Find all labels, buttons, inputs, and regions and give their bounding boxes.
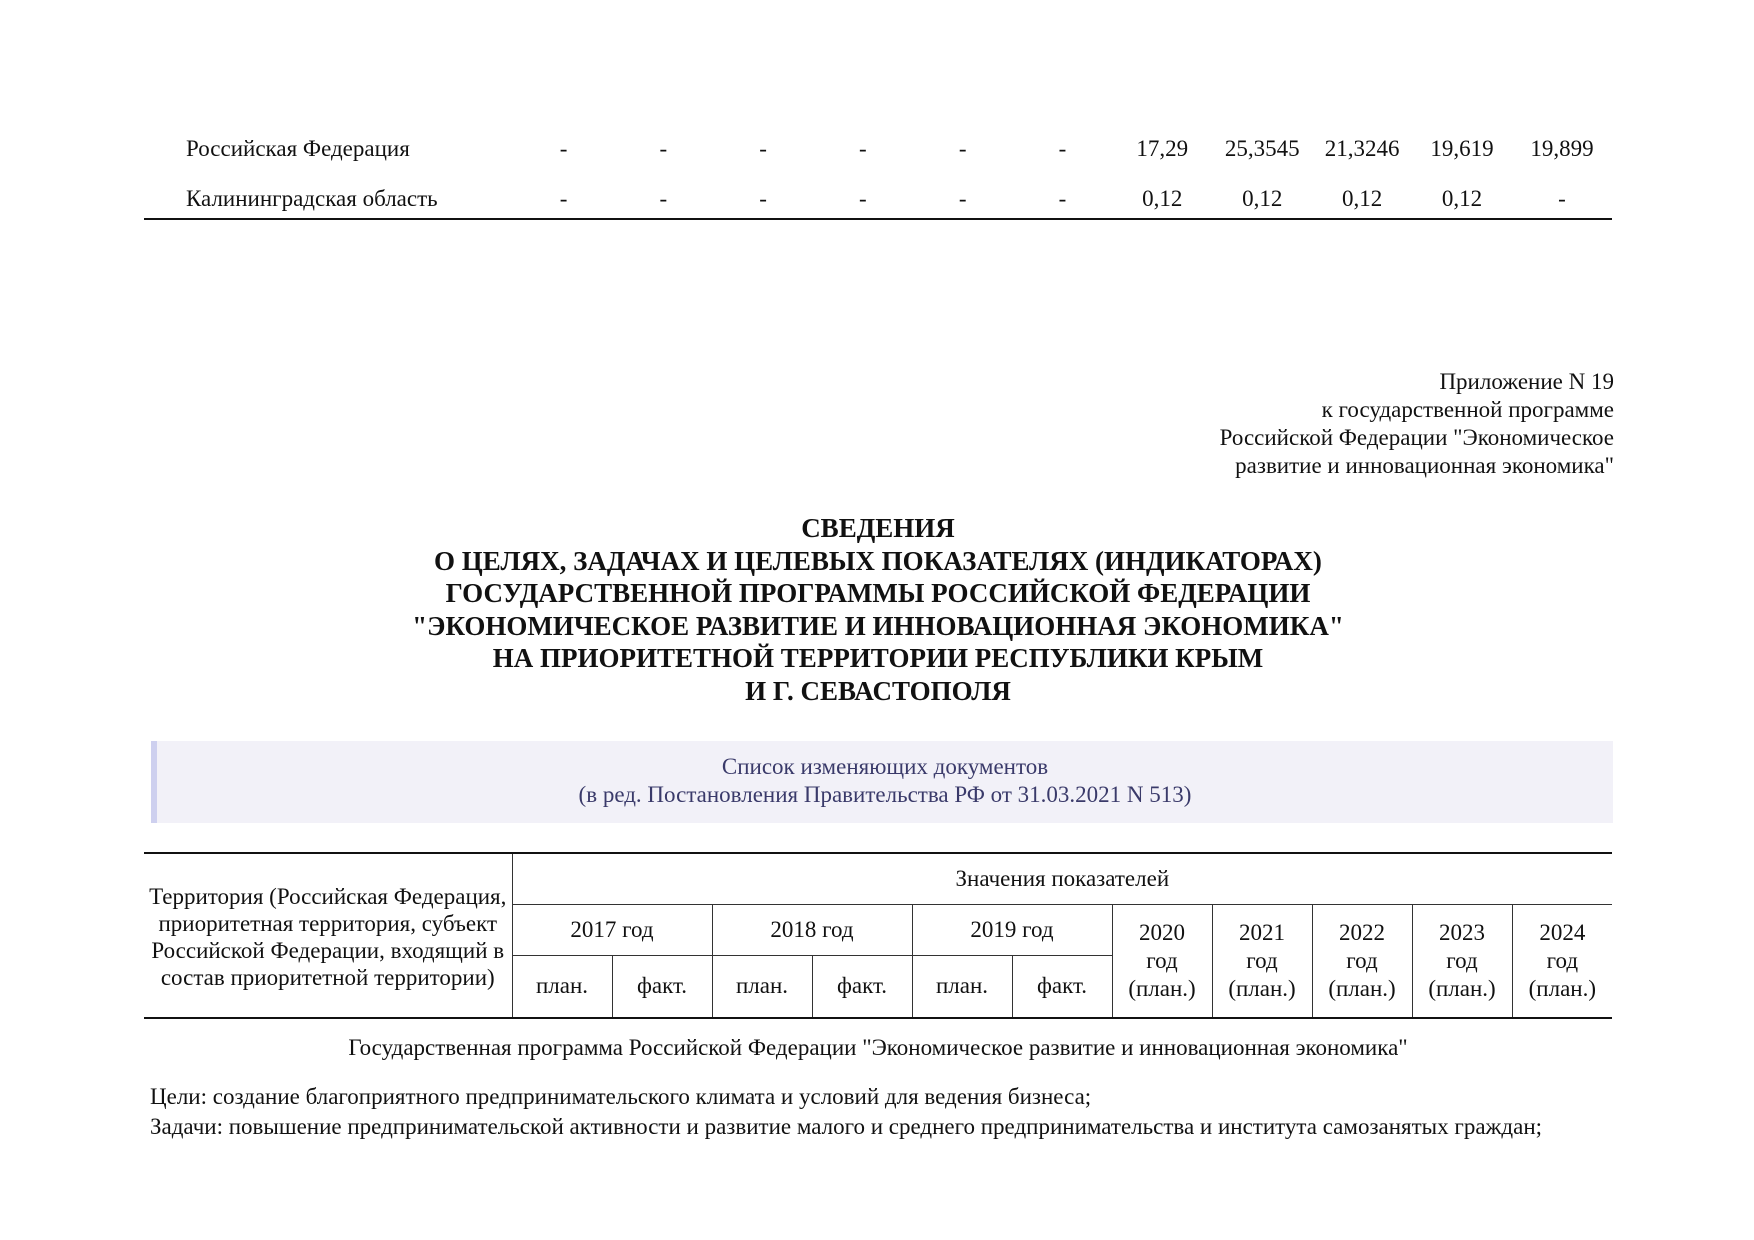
plan-note: (план.) <box>1113 975 1212 1003</box>
value-cell: 25,3545 <box>1212 124 1312 174</box>
year-header-2023: 2023 год (план.) <box>1412 904 1512 1018</box>
value-cell: 0,12 <box>1312 174 1412 224</box>
value-cell: - <box>1013 174 1113 224</box>
year-header-2017: 2017 год <box>512 904 712 955</box>
year-header-2022: 2022 год (план.) <box>1312 904 1412 1018</box>
value-cell: 17,29 <box>1112 124 1212 174</box>
territory-cell: Калининградская область <box>144 174 514 224</box>
value-cell: 19,899 <box>1512 124 1612 174</box>
year-label: 2020 <box>1113 919 1212 947</box>
title-line: СВЕДЕНИЯ <box>144 512 1612 545</box>
year-header-2019: 2019 год <box>912 904 1112 955</box>
year-word: год <box>1313 947 1412 975</box>
year-header-2018: 2018 год <box>712 904 912 955</box>
value-cell: - <box>813 124 913 174</box>
table-row: Российская Федерация - - - - - - 17,29 2… <box>144 124 1612 174</box>
value-cell: - <box>613 124 713 174</box>
goals-section: Цели: создание благоприятного предприним… <box>150 1082 1590 1142</box>
territory-cell: Российская Федерация <box>144 124 514 174</box>
plan-header: план. <box>712 955 812 1018</box>
title-line: И Г. СЕВАСТОПОЛЯ <box>144 675 1612 708</box>
plan-note: (план.) <box>1513 975 1613 1003</box>
appendix-header: Приложение N 19 к государственной програ… <box>1220 368 1614 480</box>
value-cell: - <box>713 174 813 224</box>
plan-header: план. <box>512 955 612 1018</box>
table-bottom-rule <box>144 218 1612 220</box>
title-line: ГОСУДАРСТВЕННОЙ ПРОГРАММЫ РОССИЙСКОЙ ФЕД… <box>144 577 1612 610</box>
title-line: НА ПРИОРИТЕТНОЙ ТЕРРИТОРИИ РЕСПУБЛИКИ КР… <box>144 642 1612 675</box>
year-word: год <box>1513 947 1613 975</box>
value-cell: 0,12 <box>1212 174 1312 224</box>
year-word: год <box>1413 947 1512 975</box>
value-cell: - <box>1013 124 1113 174</box>
year-label: 2023 <box>1413 919 1512 947</box>
values-header: Значения показателей <box>512 853 1612 904</box>
value-cell: - <box>1512 174 1612 224</box>
indicators-header-table: Территория (Российская Федерация, приори… <box>144 852 1612 1019</box>
year-word: год <box>1113 947 1212 975</box>
year-word: год <box>1213 947 1312 975</box>
fact-header: факт. <box>812 955 912 1018</box>
value-cell: - <box>514 174 614 224</box>
title-line: О ЦЕЛЯХ, ЗАДАЧАХ И ЦЕЛЕВЫХ ПОКАЗАТЕЛЯХ (… <box>144 545 1612 578</box>
appendix-line: Приложение N 19 <box>1220 368 1614 396</box>
value-cell: - <box>913 174 1013 224</box>
value-cell: - <box>514 124 614 174</box>
year-header-2021: 2021 год (план.) <box>1212 904 1312 1018</box>
title-line: "ЭКОНОМИЧЕСКОЕ РАЗВИТИЕ И ИННОВАЦИОННАЯ … <box>144 610 1612 643</box>
year-header-2024: 2024 год (план.) <box>1512 904 1612 1018</box>
value-cell: 19,619 <box>1412 124 1512 174</box>
value-cell: - <box>813 174 913 224</box>
amendments-box: Список изменяющих документов (в ред. Пос… <box>151 741 1613 823</box>
value-cell: 21,3246 <box>1312 124 1412 174</box>
plan-note: (план.) <box>1413 975 1512 1003</box>
amendments-heading: Список изменяющих документов <box>157 753 1613 781</box>
document-title: СВЕДЕНИЯ О ЦЕЛЯХ, ЗАДАЧАХ И ЦЕЛЕВЫХ ПОКА… <box>144 512 1612 707</box>
value-cell: 0,12 <box>1112 174 1212 224</box>
fact-header: факт. <box>1012 955 1112 1018</box>
amendments-text: (в ред. Постановления Правительства РФ о… <box>157 781 1613 809</box>
appendix-line: развитие и инновационная экономика" <box>1220 452 1614 480</box>
value-cell: - <box>713 124 813 174</box>
appendix-line: Российской Федерации "Экономическое <box>1220 424 1614 452</box>
plan-note: (план.) <box>1213 975 1312 1003</box>
goals-text: Цели: создание благоприятного предприним… <box>150 1082 1590 1112</box>
value-cell: 0,12 <box>1412 174 1512 224</box>
tasks-text: Задачи: повышение предпринимательской ак… <box>150 1112 1590 1142</box>
table-row: Калининградская область - - - - - - 0,12… <box>144 174 1612 224</box>
continuation-table: Российская Федерация - - - - - - 17,29 2… <box>144 124 1612 224</box>
value-cell: - <box>613 174 713 224</box>
program-title: Государственная программа Российской Фед… <box>144 1034 1612 1062</box>
territory-header: Территория (Российская Федерация, приори… <box>144 853 512 1018</box>
value-cell: - <box>913 124 1013 174</box>
plan-header: план. <box>912 955 1012 1018</box>
year-label: 2024 <box>1513 919 1613 947</box>
plan-note: (план.) <box>1313 975 1412 1003</box>
year-header-2020: 2020 год (план.) <box>1112 904 1212 1018</box>
fact-header: факт. <box>612 955 712 1018</box>
appendix-line: к государственной программе <box>1220 396 1614 424</box>
year-label: 2022 <box>1313 919 1412 947</box>
year-label: 2021 <box>1213 919 1312 947</box>
